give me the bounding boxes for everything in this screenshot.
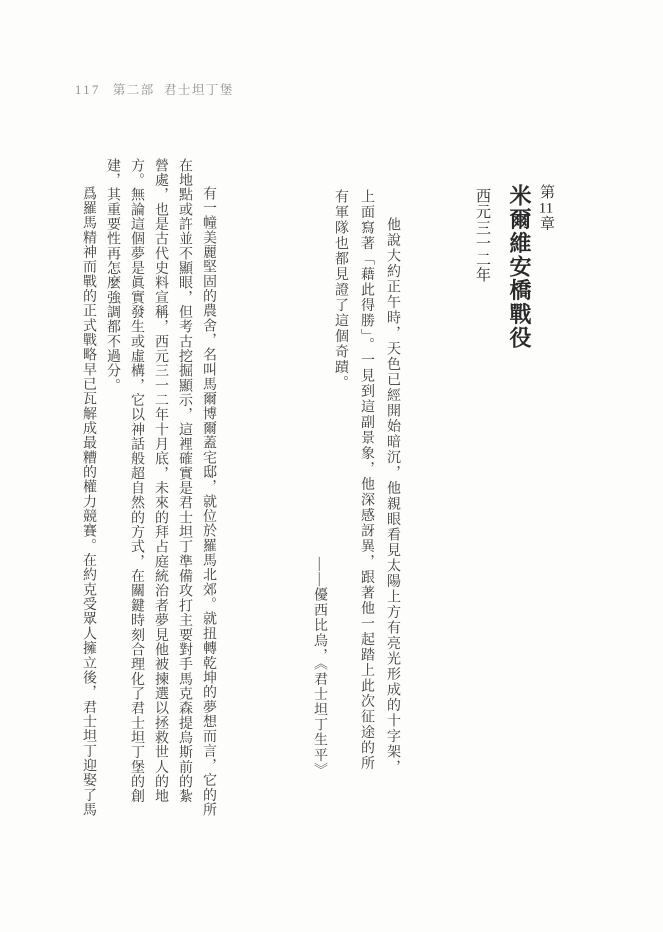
epigraph-quote: 他說大約正午時，天色已經開始暗沉，他親眼看見太陽上方有亮光形成的十字架，上面寫著… <box>327 189 405 781</box>
body-paragraph-1: 有一幢美麗堅固的農舍，名叫馬爾博爾蓋宅邸，就位於羅馬北郊。就扭轉乾坤的夢想而言，… <box>100 158 220 818</box>
book-page: 117第二部君士坦丁堡 第11章 米爾維安橋戰役 西元三一二年 他說大約正午時，… <box>0 0 663 932</box>
body-paragraph-2: 爲羅馬精神而戰的正式戰略早已瓦解成最糟的權力競賽。在約克受眾人擁立後，君士坦丁迎… <box>76 158 100 818</box>
chapter-date: 西元三一二年 <box>470 188 494 614</box>
epigraph-attribution: ——優西比烏，《君士坦丁生平》 <box>306 557 332 817</box>
running-head: 117第二部君士坦丁堡 <box>75 80 234 98</box>
chapter-title: 米爾維安橋戰役 <box>504 184 534 614</box>
page-number: 117 <box>75 83 101 97</box>
part-label: 第二部 <box>113 83 155 97</box>
book-title: 君士坦丁堡 <box>164 83 234 97</box>
chapter-number-digits: 11 <box>538 201 554 216</box>
body-text: 有一幢美麗堅固的農舍，名叫馬爾博爾蓋宅邸，就位於羅馬北郊。就扭轉乾坤的夢想而言，… <box>76 158 220 818</box>
chapter-number-suffix: 章 <box>538 216 554 233</box>
chapter-number-prefix: 第 <box>538 184 554 201</box>
chapter-number: 第11章 <box>534 184 558 614</box>
epigraph: 他說大約正午時，天色已經開始暗沉，他親眼看見太陽上方有亮光形成的十字架，上面寫著… <box>327 189 405 781</box>
chapter-heading: 第11章 米爾維安橋戰役 西元三一二年 <box>470 184 558 614</box>
